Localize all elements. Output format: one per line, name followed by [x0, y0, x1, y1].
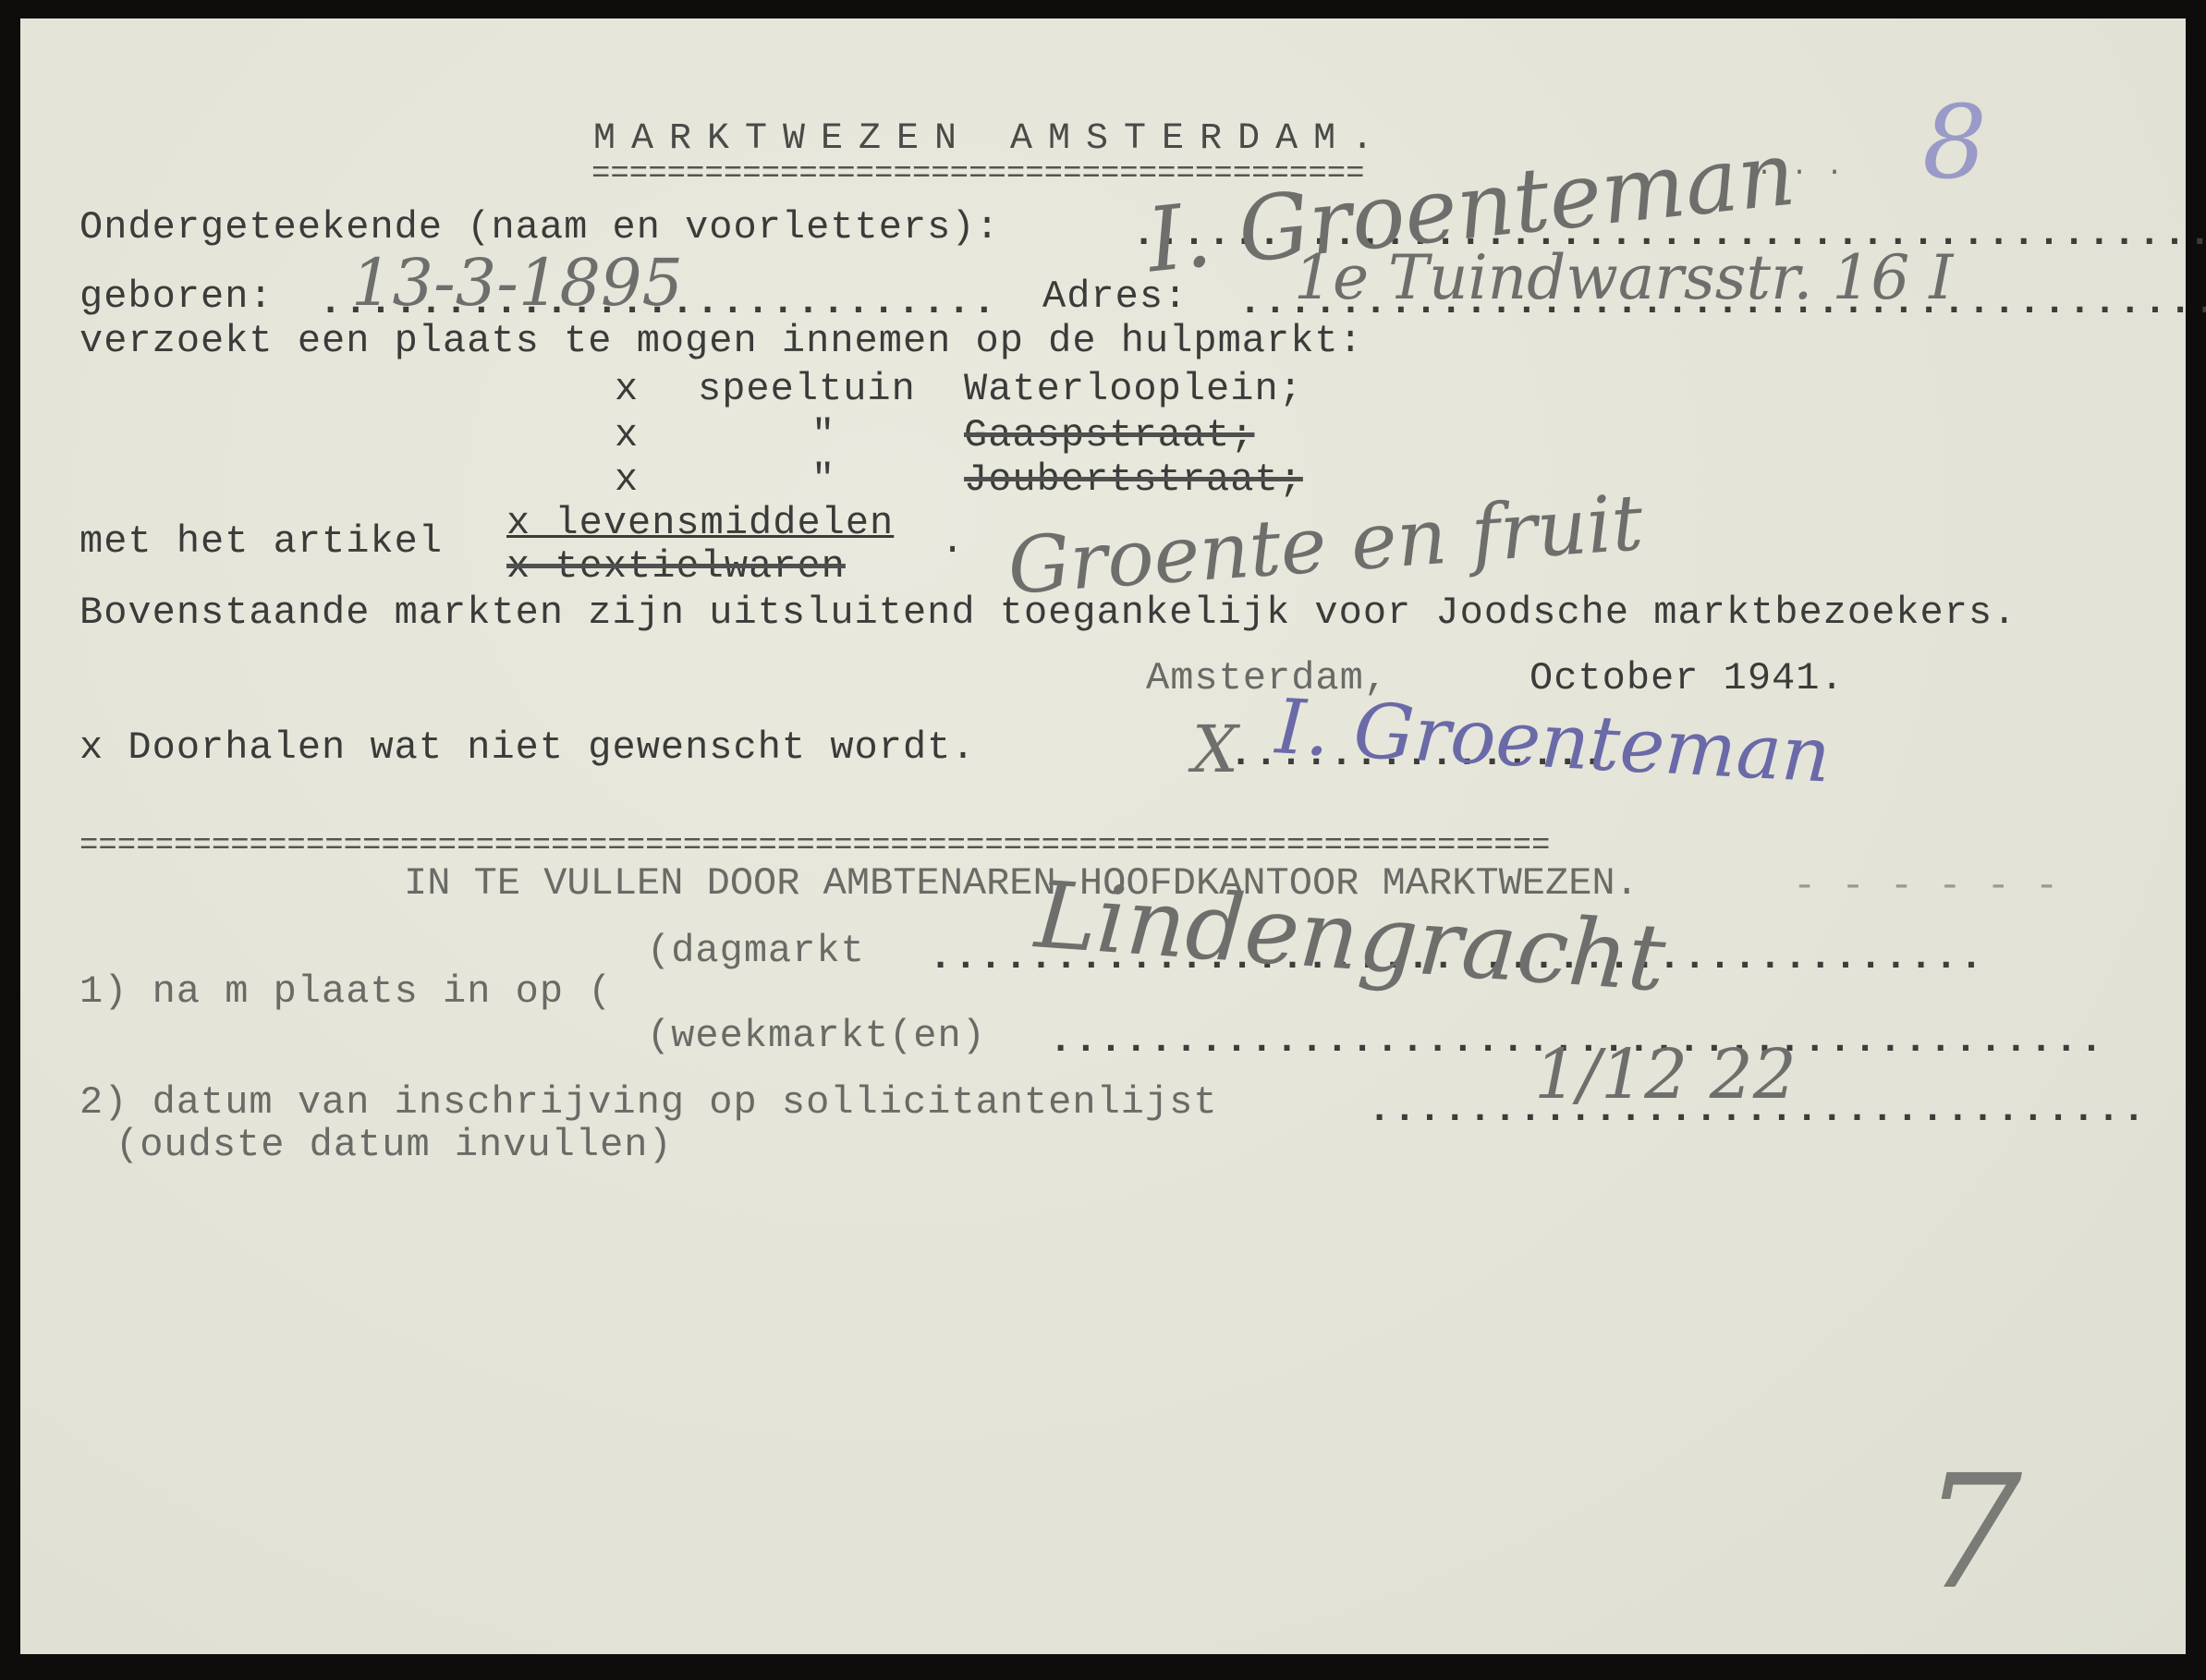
- born-label: geboren:: [79, 277, 274, 316]
- heading-tail-dashes: - - - - - -: [1793, 867, 2059, 906]
- name-label: Ondergeteekende (naam en voorletters):: [79, 208, 1000, 247]
- option-prefix-gaaspstraat: ": [811, 416, 835, 455]
- handwritten-born-date[interactable]: 13-3-1895: [351, 245, 683, 321]
- document-title: MARKTWEZEN AMSTERDAM.: [593, 120, 1389, 159]
- option-marker-gaaspstraat: x: [615, 416, 639, 455]
- option-dagmarkt: (dagmarkt: [647, 931, 865, 970]
- notice-text: Bovenstaande markten zijn uitsluitend to…: [79, 593, 2017, 632]
- strike-instruction: x Doorhalen wat niet gewenscht wordt.: [79, 728, 976, 767]
- place-date: October 1941.: [1530, 659, 1845, 698]
- item-2-sublabel: (oudste datum invullen): [116, 1126, 673, 1164]
- article-label: met het artikel: [79, 522, 443, 561]
- handwritten-page-number: 8: [1922, 83, 1987, 201]
- address-label: Adres:: [1042, 277, 1188, 316]
- handwritten-footer-mark: 7: [1922, 1442, 2022, 1625]
- option-joubertstraat-struck[interactable]: Joubertstraat;: [964, 460, 1303, 499]
- item-2-label: 2) datum van inschrijving op sollicitant…: [79, 1083, 1218, 1122]
- option-weekmarkt: (weekmarkt(en): [647, 1017, 986, 1055]
- article-period: .: [941, 522, 965, 561]
- request-intro: verzoekt een plaats te mogen innemen op …: [79, 322, 1363, 360]
- handwritten-address[interactable]: 1e Tuindwarsstr. 16 I: [1294, 242, 1953, 313]
- section-separator: ========================================…: [79, 827, 1550, 866]
- option-prefix-joubertstraat: ": [811, 460, 835, 499]
- article-option-levensmiddelen[interactable]: x levensmiddelen: [506, 504, 894, 542]
- option-waterlooplein[interactable]: Waterlooplein;: [964, 370, 1303, 408]
- article-option-textielwaren-struck[interactable]: x textielwaren: [506, 547, 846, 586]
- option-gaaspstraat-struck[interactable]: Gaaspstraat;: [964, 416, 1254, 455]
- option-marker-waterlooplein: x: [615, 370, 639, 408]
- handwritten-registration-date[interactable]: 1/12 22: [1534, 1035, 1797, 1114]
- option-prefix-waterlooplein: speeltuin: [698, 370, 916, 408]
- option-marker-joubertstraat: x: [615, 460, 639, 499]
- item-1-label: 1) na m plaats in op (: [79, 972, 613, 1011]
